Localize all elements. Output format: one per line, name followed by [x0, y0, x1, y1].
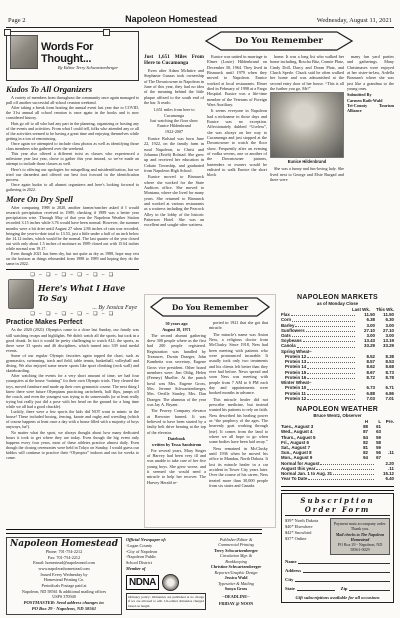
story2-column-2: ported in 1921 that she got that miracle… — [209, 320, 268, 520]
table-row: Canola 33.29 33.29 — [281, 343, 394, 348]
weather-total-rows: Normal for August 2.20 August this year … — [281, 461, 394, 482]
markets-table: NAPOLEON MARKETS as of Monday Close Last… — [281, 294, 394, 401]
paragraph: After comparing 1988 to 2020, another fa… — [6, 205, 139, 251]
deadline-line: FRIDAY @ NOON — [210, 601, 262, 606]
paragraph: many fun yard parties and gatherings. Ma… — [347, 54, 394, 91]
paragraph: After taking a break from hosting the an… — [6, 105, 139, 120]
plaque-text: 1,651 miles from here toCucamongaJust wa… — [144, 107, 204, 134]
story-column-3: home. It was a long list who walked her … — [270, 54, 344, 292]
staff-role: Circulation Mgr. & Bookkeeping — [210, 553, 262, 564]
subscription-form: Subscription Order Form $39* North Dakot… — [281, 493, 394, 603]
story2-col1-body: The second alumni gathering drew 300 peo… — [147, 333, 206, 435]
paragraph: Once again we attempted to include class… — [6, 141, 139, 151]
article-kudos: A variety of members from throughout the… — [6, 95, 139, 192]
paragraph: The Peavey Company elevator at Brewster … — [147, 408, 206, 435]
member-seal-icon — [162, 574, 179, 591]
name-field[interactable]: Name — [285, 559, 390, 564]
col-precip: Pre. — [381, 419, 394, 424]
paragraph: Once again kudos to all alumni organizer… — [6, 182, 139, 192]
member-of-label: Member of — [126, 566, 206, 572]
staff-entry: Publisher/Editor & Commercial Printing T… — [210, 537, 262, 553]
payment-note: Payment must accompany order. Thank you.… — [330, 518, 390, 555]
ndna-logo: NDNA — [126, 575, 159, 591]
paragraph: This year also offered a different twist… — [6, 151, 139, 166]
banner-label: Do You Remember — [149, 297, 271, 317]
divider — [6, 529, 262, 534]
words-for-thought-title: Words For Thought... — [41, 41, 135, 65]
masthead-info-box: Napoleon Homestead Phone: 701-754-2212Fa… — [6, 537, 122, 615]
weather-day-rows: Tues., August 3 88 61 Wed., August 4 87 … — [281, 424, 394, 460]
story-column-1-body: Eunice Bolstad was born June 22, 1922, o… — [144, 136, 204, 228]
page-number: Page 2 — [8, 17, 26, 24]
payment-note-line: PO Box 29 - Napoleon, ND 58561-0029 — [332, 542, 388, 552]
staff-entries: Publisher/Editor & Commercial Printing T… — [210, 537, 262, 592]
weather-table: NAPOLEON WEATHER Bruce Wentz, Observer H… — [281, 406, 394, 481]
masthead: Napoleon Homestead Phone: 701-754-2212Fa… — [6, 529, 262, 615]
plaque-line: 1922-2007 — [144, 129, 204, 134]
price-list: $39* North Dakota$40* Elsewhere$42* Snow… — [285, 518, 327, 555]
do-you-remember-banner-1: Do You Remember — [204, 31, 354, 51]
columnist-photo — [8, 279, 34, 309]
paragraph: For several years, Mary Singer of Harvey… — [147, 448, 206, 485]
markets-subtitle: as of Monday Close — [281, 301, 394, 306]
submitted-line: Tri-County Tourism Alliance — [347, 103, 394, 114]
columnist-byline: ... By Jessica Faye — [38, 305, 137, 311]
staff-name: Christine Schwartzenberger — [210, 564, 262, 569]
official-newspaper-block: Official Newspaper of: -Logan County-Cit… — [126, 537, 206, 615]
banner-label: Do You Remember — [204, 31, 354, 51]
story-column-2: Eunice was united in marriage to Elmer (… — [207, 54, 267, 292]
staff-entry: Reporter/Graphic Design Jessica Wald — [210, 570, 262, 581]
headline-practice: Practice Makes Perfect — [6, 319, 139, 326]
story-column-4: many fun yard parties and gatherings. Ma… — [347, 54, 394, 292]
paragraph: She was a funny and fun-loving lady. She… — [270, 166, 344, 182]
table-row: Protein 16 8.72 8.78 — [281, 375, 394, 380]
paragraph: This miracle healer did not prescribe me… — [209, 397, 268, 445]
weather-title: NAPOLEON WEATHER — [281, 406, 394, 413]
heres-what-title: Here's What I Have To Say — [38, 283, 137, 303]
border-pattern-bottom: ❏ ~ ❏ ~ ❏ ~ ❏ ~ ❏ ~ ❏ — [6, 312, 139, 317]
paragraph: Some of our regular Olympic favorites ag… — [6, 353, 139, 373]
submitted-by-block: Submitted ByCarmen Rath-WaldTri-County T… — [347, 92, 394, 113]
winter-wheat-rows: Protein 10 6.73 6.71 Protein 11 6.88 6.8… — [281, 385, 394, 401]
paragraph: A variety of members from throughout the… — [6, 95, 139, 105]
story-headline: Just 1,651 Miles From Here to Cucamonga — [144, 54, 204, 66]
staff-role: Publisher/Editor & Commercial Printing — [210, 537, 262, 548]
paragraph: Eunice Bolstad was born June 22, 1922, o… — [144, 136, 204, 173]
paragraph: Even after Adam McIntire and Stephanie G… — [144, 68, 204, 105]
markets-commodity-rows: Flax 11.50 11.50 Corn 6.38 6.30 Barley — [281, 312, 394, 348]
staff-block: Publisher/Editor & Commercial Printing T… — [210, 537, 262, 615]
zip-field[interactable]: Zip — [341, 586, 391, 591]
divider — [6, 269, 139, 270]
payment-note-line: Mail checks to The Napoleon Homestead — [332, 532, 388, 542]
photo-caption: Eunice Hildenbrand — [270, 159, 344, 164]
article-dry-spell: After comparing 1988 to 2020, another fa… — [6, 205, 139, 266]
issue-date: Wednesday, August 11, 2021 — [317, 17, 392, 24]
article-practice: As the 2020 (2021) Olympics came to a cl… — [6, 327, 139, 460]
datebook-heading: Datebook — [147, 436, 206, 441]
paragraph: ported in 1921 that she got that miracle… — [209, 320, 268, 331]
editorial-column: Words For Thought... By Editor Terry Sch… — [6, 31, 139, 603]
words-for-thought-box: Words For Thought... By Editor Terry Sch… — [6, 31, 139, 81]
divider — [281, 486, 394, 491]
state-field[interactable]: State — [285, 586, 335, 591]
staff-entry: Typesetter & Mailing Sonya Gross — [210, 581, 262, 592]
obituary-policy-box: Obituary policy: Obituaries are publishe… — [126, 593, 206, 610]
heres-what-box: ❏ ~ ❏ ~ ❏ ~ ❏ ~ ❏ ~ ❏ Here's What I Have… — [6, 273, 139, 317]
datebook-byline: written by Tessa Sandstrom — [147, 442, 206, 447]
deadline-line: --DEADLINE-- — [210, 594, 262, 599]
story2-column-1: 50 years ago August 18, 1971 The second … — [147, 320, 206, 520]
markets-title: NAPOLEON MARKETS — [281, 294, 394, 301]
story-50-years-ago-box: Do You Remember 50 years ago August 18, … — [144, 294, 276, 528]
paragraph: No matter what the sport, we always thou… — [6, 430, 139, 461]
tables-stack: NAPOLEON MARKETS as of Monday Close Last… — [281, 294, 394, 603]
paper-title: Napoleon Homestead — [125, 14, 217, 24]
staff-name: Sonya Gross — [210, 586, 262, 591]
date-heading: 50 years ago — [147, 321, 206, 326]
story2-col1-body2: For several years, Mary Singer of Harvey… — [147, 448, 206, 485]
weather-subtitle: Bruce Wentz, Observer — [281, 413, 394, 418]
story-column-4-body: many fun yard parties and gatherings. Ma… — [347, 54, 394, 91]
story-cucamonga: Just 1,651 Miles From Here to Cucamonga … — [144, 54, 394, 292]
table-row: Year To Date 6.40 — [281, 476, 394, 481]
payment-note-line: Payment must accompany order. Thank you. — [332, 521, 388, 531]
masthead-paper-name: Napoleon Homestead — [9, 540, 119, 549]
features-area: Do You Remember Just 1,651 Miles From He… — [144, 31, 394, 603]
do-you-remember-banner-2: Do You Remember — [149, 297, 271, 317]
paragraph: The miracle's name was Anton Ness, a rel… — [209, 332, 268, 396]
masthead-info-lines: Phone: 701-754-2212Fax: 701-754-2212Emai… — [9, 549, 119, 600]
address-field[interactable]: Address — [285, 568, 390, 573]
paragraph: Ness remained in McClusky until 1936 whe… — [209, 446, 268, 489]
paragraph: After watching the events for a very sho… — [6, 373, 139, 409]
page-header: Page 2 Napoleon Homestead Wednesday, Aug… — [6, 12, 394, 28]
paragraph: home. It was a long list who walked her … — [270, 54, 344, 91]
paragraph: Eunice was united in marriage to Elmer (… — [207, 54, 267, 107]
postmaster-line: PO Box 29 - Napoleon, ND 58561 — [9, 606, 119, 612]
eunice-photo — [270, 92, 344, 158]
paragraph: Luckily, there were a few sports the kid… — [6, 409, 139, 429]
paragraph: Hats go off to all who had any part in t… — [6, 121, 139, 141]
paragraph: It seems everyone in Napoleon had a nick… — [207, 108, 267, 177]
staff-entry: Circulation Mgr. & Bookkeeping Christine… — [210, 553, 262, 569]
official-items: -Logan County-City of Napoleon-Napoleon … — [126, 543, 206, 566]
price-item: $37* Online — [285, 536, 327, 542]
gift-note: Gift subscriptions available for all occ… — [285, 595, 390, 600]
paragraph: The second alumni gathering drew 300 peo… — [147, 333, 206, 408]
headline-kudos: Kudos To All Organizers — [6, 84, 139, 94]
story-column-1: Just 1,651 Miles From Here to Cucamonga … — [144, 54, 204, 292]
editor-byline: By Editor Terry Schwartzenberger — [41, 65, 135, 70]
subscription-title: Subscription Order Form — [285, 496, 390, 516]
table-row: Protein 12 7.03 7.01 — [281, 396, 394, 401]
city-field[interactable]: City — [285, 577, 390, 582]
paragraph: Eunice moved to Bismarck where she worke… — [144, 174, 204, 227]
newspaper-page: Page 2 Napoleon Homestead Wednesday, Aug… — [0, 0, 400, 618]
spring-wheat-rows: Protein 12 8.52 8.38 Protein 13 8.57 8.5… — [281, 354, 394, 380]
editor-photo — [10, 35, 38, 69]
paragraph: Here's to offering our apologies for mis… — [6, 167, 139, 182]
paragraph: Even though 2021 has been dry, but not q… — [6, 251, 139, 266]
headline-dry-spell: More On Dry Spell — [6, 194, 139, 204]
paragraph: As the 2020 (2021) Olympics came to a cl… — [6, 327, 139, 353]
